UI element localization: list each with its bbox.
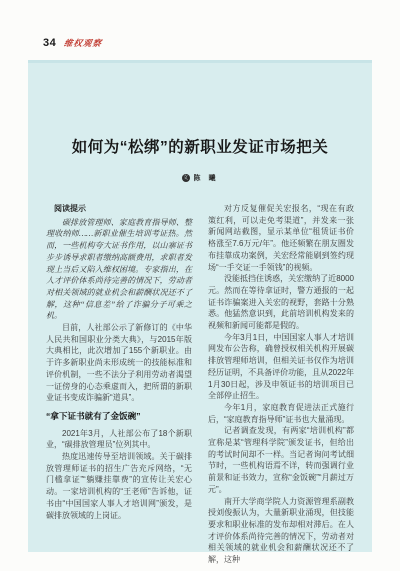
body-paragraph: 对方反复催促关宏报名，“现在有政策红利，可以走免考渠道”，并发来一张新闻网站截图… [208, 203, 354, 273]
body-paragraph: 南开大学商学院人力资源管理系副教授刘俊振认为，大量新职业涌现，但技能要求和职业标… [208, 496, 354, 566]
page-number: 34 [43, 37, 56, 49]
article-columns: 阅读提示 碳排放管理师、家庭教育指导师、整理收纳师……新职业催生培训考证热。然而… [28, 183, 372, 566]
reading-tip-text: 碳排放管理师、家庭教育指导师、整理收纳师……新职业催生培训考证热。然而，一些机构… [46, 217, 192, 322]
body-paragraph: 今年3月1日，中国国家人事人才培训网发布公告称，确曾授权相关机构开展碳排放管理师… [208, 332, 354, 402]
body-paragraph: 目前，人社部公示了新修订的《中华人民共和国职业分类大典》，与2015年版大典相比… [46, 322, 192, 404]
author-icon: 文 [182, 174, 190, 182]
article-content-panel: 如何为“松绑”的新职业发证市场把关 文 陈 曦 阅读提示 碳排放管理师、家庭教育… [28, 60, 372, 552]
page-header: 34 维权观察 [43, 37, 102, 49]
author-name: 陈 曦 [194, 173, 219, 183]
section-subheading: “拿下证书就有了金饭碗” [46, 411, 192, 423]
left-column: 阅读提示 碳排放管理师、家庭教育指导师、整理收纳师……新职业催生培训考证热。然而… [46, 203, 192, 566]
body-paragraph: 2021年3月，人社部公布了18个新职业，“碳排放管理员”位列其中。 [46, 428, 192, 451]
reading-tip-label: 阅读提示 [46, 203, 192, 215]
body-paragraph: 今年1月，家庭教育促进法正式施行后，“家庭教育指导师”证书也大量涌现。 [208, 402, 354, 425]
magazine-column-logo: 维权观察 [63, 37, 103, 49]
magazine-page: 34 维权观察 如何为“松绑”的新职业发证市场把关 文 陈 曦 阅读提示 碳排放… [0, 0, 400, 571]
body-paragraph: 没能抵挡住诱惑，关宏缴纳了近8000元。然而在等待拿证时，警方通报的一起证书诈骗… [208, 273, 354, 332]
body-paragraph: 热度迅速传导至培训领域。关于碳排放管理师证书的招生广告充斥网络，“无门槛拿证”“… [46, 451, 192, 521]
right-column: 对方反复催促关宏报名，“现在有政策红利，可以走免考渠道”，并发来一张新闻网站截图… [208, 203, 354, 566]
article-title: 如何为“松绑”的新职业发证市场把关 [28, 135, 372, 157]
body-paragraph: 记者调查发现，有两家“培训机构”都宣称是某“管理科学院”颁发证书，但给出的考试时… [208, 425, 354, 495]
author-byline: 文 陈 曦 [28, 173, 372, 183]
